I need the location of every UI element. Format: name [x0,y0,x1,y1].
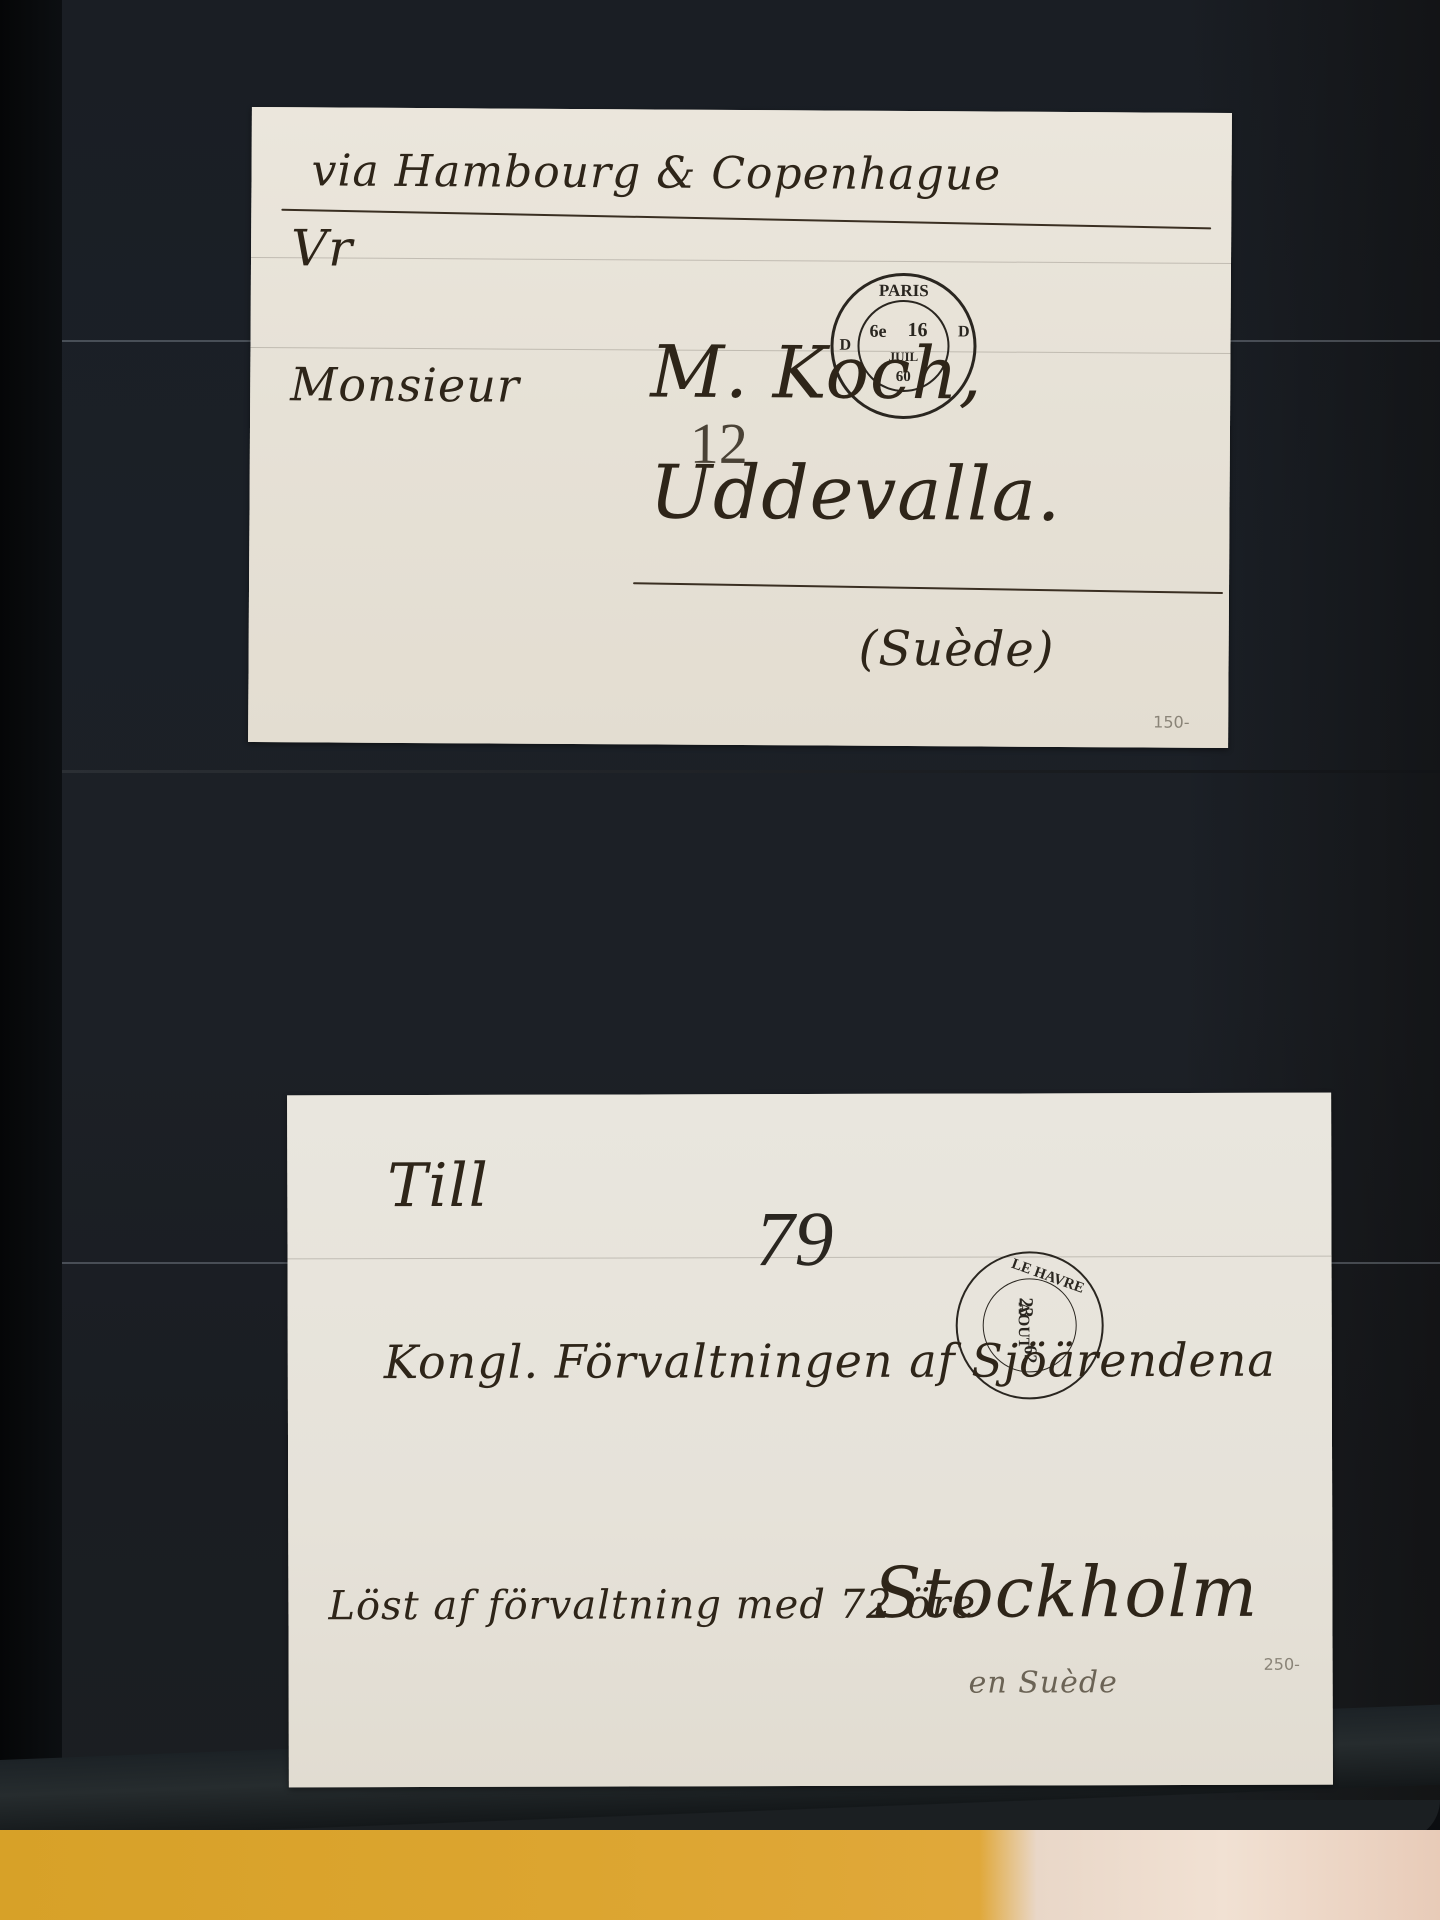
destination-country: (Suède) [858,621,1054,678]
stock-strip-edge [62,770,1440,773]
salutation: Till [387,1151,489,1221]
pencil-price: 250- [1264,1655,1300,1674]
table-surface [0,1830,1440,1920]
endorsement-underline [281,209,1211,230]
city-underline [633,582,1223,594]
addressee-line: Kongl. Förvaltningen af Sjöärendena [384,1333,1276,1389]
pencil-price: 150- [1153,713,1189,732]
letter-stockholm: Till 79 LE HAVRE 23 AOUT 62 Kongl. Förva… [287,1093,1333,1788]
fold-line [251,257,1231,264]
destination-country: en Suède [969,1665,1118,1700]
destination-city: Stockholm [873,1551,1258,1634]
destination-city: Uddevalla. [649,449,1061,538]
tax-mark: 79 [755,1194,833,1284]
addressee-name: M. Koch, [650,329,983,415]
route-endorsement: via Hambourg & Copenhague [311,145,1001,200]
salutation: Monsieur [290,357,520,412]
letter-uddevalla: via Hambourg & Copenhague Vr PARIS D D 6… [248,107,1232,748]
left-margin [0,0,70,1800]
endorsement-initials: Vr [291,219,353,277]
